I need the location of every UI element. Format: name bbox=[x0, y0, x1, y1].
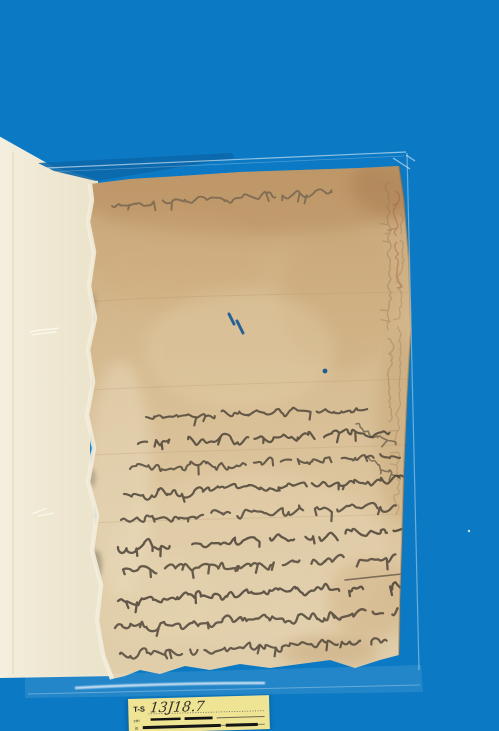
paper-grain bbox=[80, 158, 420, 688]
dust-speck bbox=[468, 530, 470, 532]
manuscript-fragment bbox=[75, 153, 435, 688]
blue-ink-dot bbox=[323, 369, 328, 374]
photo-canvas: T-S 13J18.7 cm in bbox=[0, 0, 499, 731]
classmark-label: T-S 13J18.7 cm in bbox=[128, 695, 270, 731]
label-classmark-handwritten: 13J18.7 bbox=[149, 699, 205, 717]
label-prefix: T-S bbox=[133, 705, 145, 714]
label-in-text: in bbox=[135, 726, 139, 731]
manuscript-photo: T-S 13J18.7 cm in bbox=[0, 0, 499, 731]
label-cm-text: cm bbox=[134, 718, 140, 723]
